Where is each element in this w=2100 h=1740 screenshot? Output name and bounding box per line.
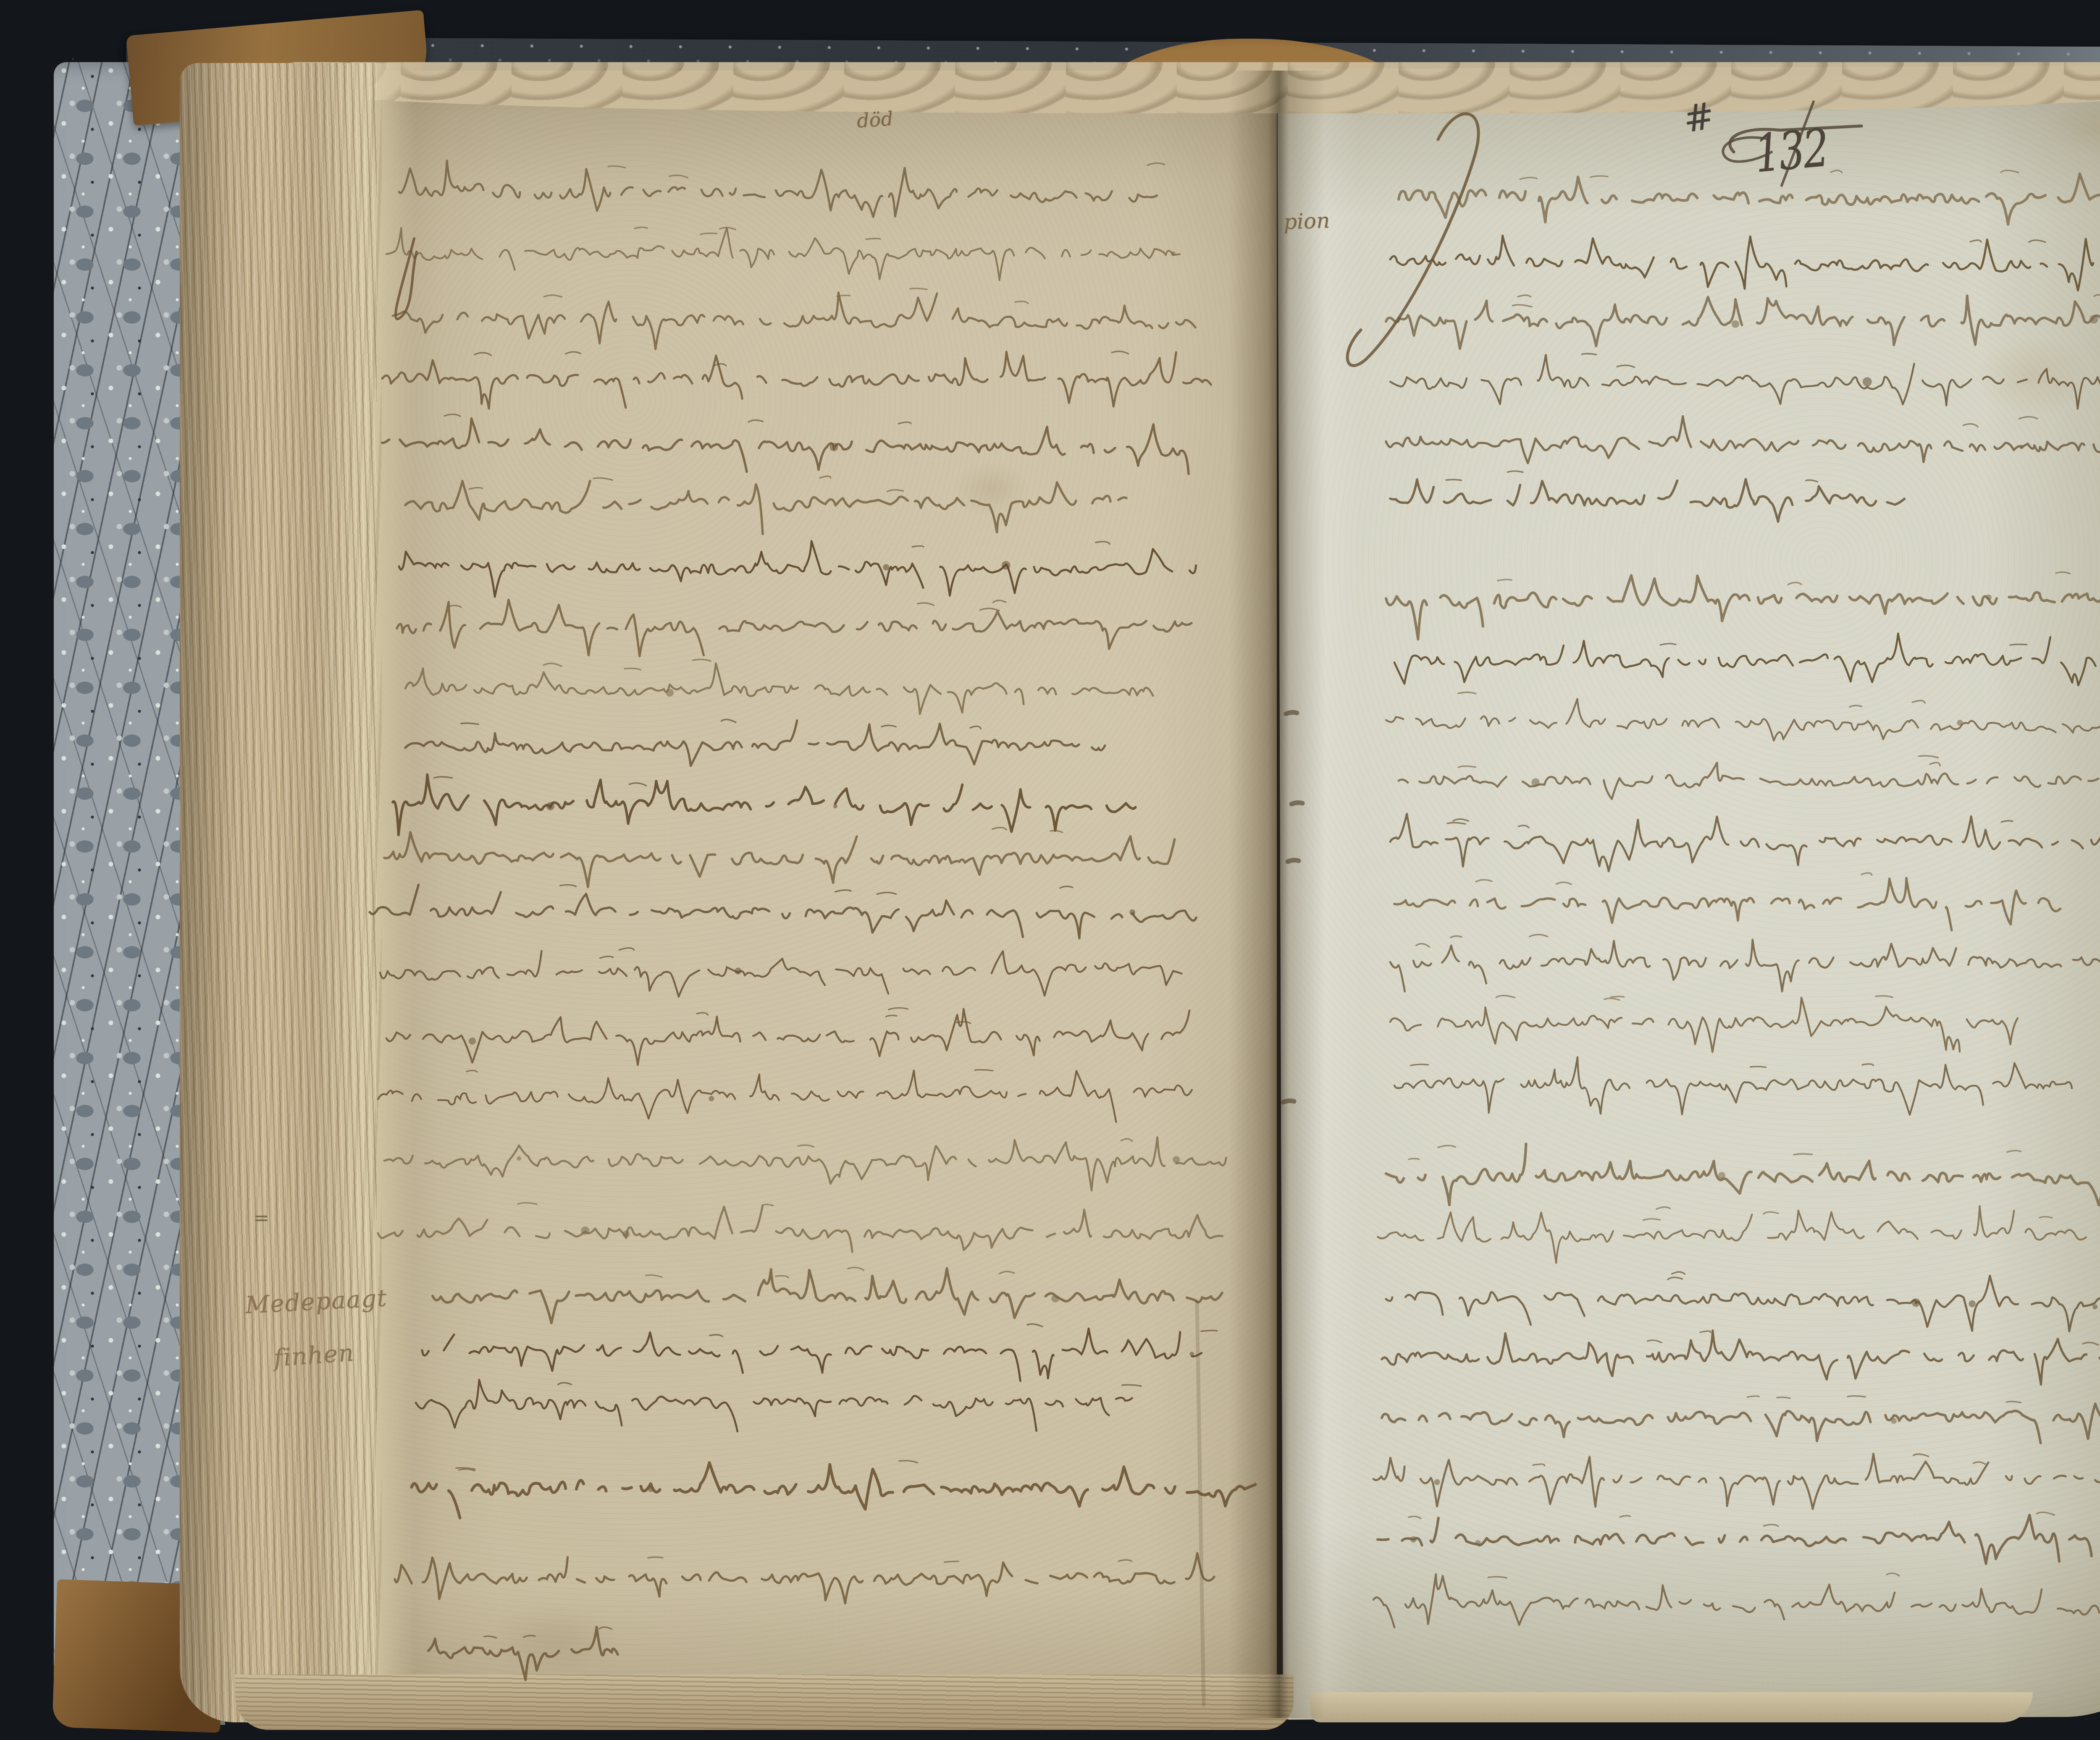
ink-stroke [646,1268,1014,1278]
ink-stroke [461,720,981,729]
ink-stroke [405,721,1105,766]
ink-stroke [1459,756,1940,767]
ink-stroke [1390,940,2100,991]
ink-stroke [399,541,1196,597]
right-page-margin-note: pion [1283,208,1330,234]
ink-stroke [912,542,1110,547]
ink-stroke [448,600,1006,611]
ink-stroke [1488,1573,1899,1578]
ink-blot [1434,1479,1440,1485]
ink-stroke [1288,860,1299,862]
ink-blot [883,564,889,570]
ink-stroke [600,948,634,958]
ink-stroke [382,419,1189,474]
ink-stroke [1382,1404,2100,1443]
ink-blot [709,1096,714,1101]
left-margin-note-line-2: finhen [273,1339,355,1372]
ink-stroke [560,885,1073,894]
ink-stroke [1399,174,2100,225]
ink-stroke [395,1553,1214,1603]
ink-stroke [393,775,1136,835]
ink-blot [517,1156,521,1161]
ink-stroke [1409,1512,2054,1526]
left-margin-mark: = [254,1208,269,1229]
ink-stroke [405,481,1144,534]
ink-blot [469,1038,476,1045]
ink-stroke [1386,296,2100,349]
archival-scan: { "page_number": { "prefix_mark": "#", "… [0,0,2100,1740]
page-number: 132 [1752,118,1830,185]
ink-stroke [1382,1331,2100,1385]
ink-stroke [635,227,880,239]
ink-stroke [1496,996,1893,1000]
ink-stroke [1668,1272,1685,1279]
ink-stroke [475,351,1128,366]
ink-stroke [428,1627,618,1680]
ink-stroke [405,663,1153,714]
ink-stroke [544,288,1028,303]
ink-stroke [558,1383,1141,1386]
ink-stroke [378,1206,1223,1252]
ink-stroke [1378,1206,2100,1263]
ink-stroke [397,600,1192,656]
ink-stroke [378,1070,1205,1122]
ink-stroke [1394,634,2096,685]
ink-stroke [1446,471,1817,482]
ink-stroke [469,476,903,491]
ink-stroke [1286,712,1297,714]
ink-stroke [1390,814,2100,871]
ink-stroke [1582,354,1635,367]
ink-stroke [1386,575,2100,639]
ink-stroke [380,951,1196,997]
ink-stroke [382,352,1211,409]
ink-stroke [1533,1454,2100,1465]
ink-blot [1732,320,1739,328]
ink-stroke [1498,572,2070,585]
ink-blot [2092,1305,2097,1310]
ink-stroke [798,1139,1132,1147]
ink-stroke [1416,935,1548,947]
ink-stroke [422,1329,1212,1381]
ink-stroke [1447,819,2013,828]
ink-stroke [370,885,1196,938]
ink-stroke [1394,878,2076,930]
ink-stroke [399,161,1157,217]
ink-stroke [648,1557,1132,1562]
page-number-hash-mark: # [1680,94,1717,141]
ink-stroke [1399,763,2098,799]
ink-stroke [396,238,417,319]
ink-stroke [1378,1515,2100,1567]
ink-stroke [1390,998,2035,1052]
ink-stroke [1283,1101,1294,1102]
ink-stroke [1291,802,1302,804]
ink-stroke [433,1268,1236,1323]
ink-stroke [1643,1207,2052,1220]
ink-stroke [445,414,911,424]
ink-stroke [710,1324,1217,1336]
ink-stroke [384,832,1175,887]
ink-stroke [1390,236,2100,291]
ink-stroke [1409,1145,2021,1159]
ink-stroke [484,1627,612,1638]
handwriting-ink [0,0,2100,1740]
ink-stroke [518,1203,773,1206]
ink-stroke [456,1461,918,1471]
ink-stroke [1963,417,2037,427]
ink-stroke [1512,295,2100,307]
ink-blot [1863,377,1872,386]
ink-stroke [1458,692,1925,707]
ink-stroke [1390,355,2100,409]
ink-stroke [386,228,1187,280]
ink-stroke [1386,699,2100,741]
ink-blot [1969,1300,1976,1308]
ink-stroke [1386,1144,2100,1205]
ink-stroke [608,163,1165,178]
ink-stroke [393,293,1208,349]
ink-stroke [1970,240,2045,242]
ink-stroke [1373,1574,2100,1627]
ink-stroke [412,1463,1255,1518]
ink-stroke [697,1008,971,1023]
ink-stroke [1197,1302,1204,1705]
ink-stroke [992,828,1063,833]
ink-stroke [1476,873,1872,884]
ink-stroke [1747,1396,2021,1402]
ink-stroke [1373,1454,2100,1509]
ink-stroke [1386,1276,2100,1331]
ink-stroke [1386,416,2100,463]
ink-stroke [1660,644,2027,645]
ink-stroke [1394,1057,2072,1115]
ink-stroke [386,1009,1205,1065]
ink-stroke [543,659,711,670]
ink-stroke [434,777,646,786]
ink-stroke [1411,1064,1874,1067]
interlinear-insert-word: död [856,107,894,132]
ink-stroke [1390,479,1904,521]
ink-stroke [416,1380,1132,1431]
